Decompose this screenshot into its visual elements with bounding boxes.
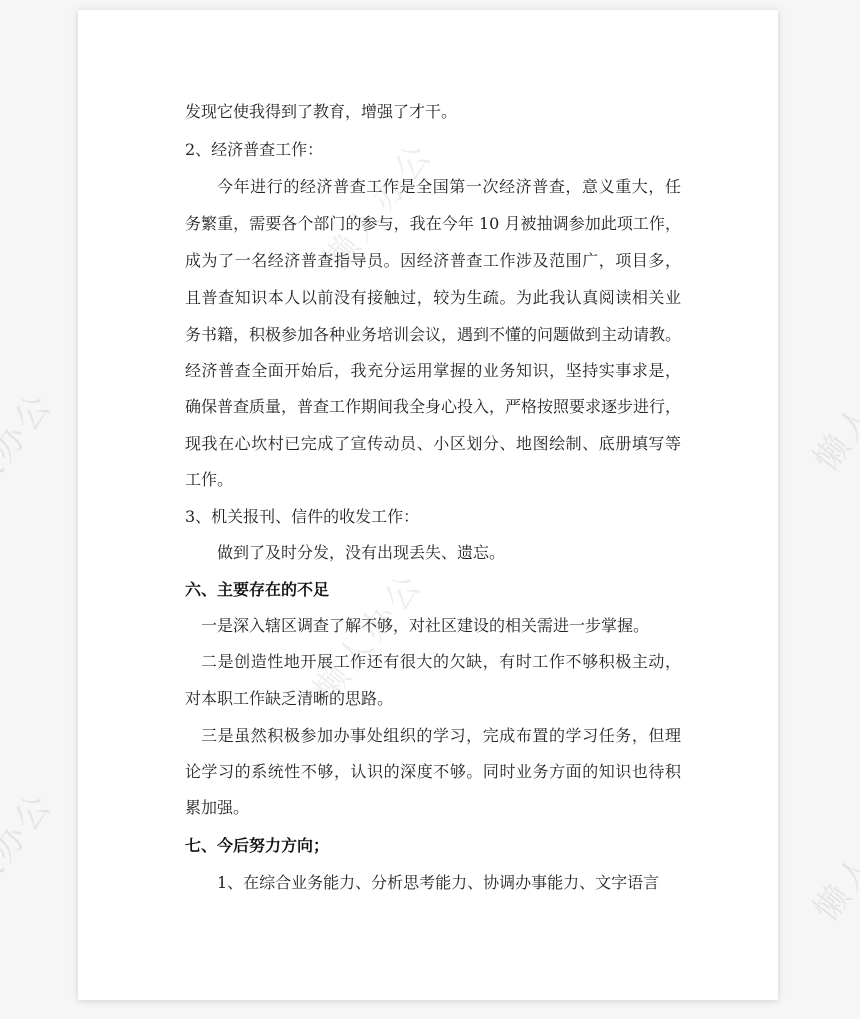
paragraph-line: 对本职工作缺乏清晰的思路。 bbox=[185, 687, 681, 711]
paragraph-line: 累加强。 bbox=[185, 796, 681, 820]
paragraph-line: 经济普查全面开始后，我充分运用掌握的业务知识，坚持实事求是， bbox=[185, 359, 681, 383]
paragraph-line: 论学习的系统性不够，认识的深度不够。同时业务方面的知识也待积 bbox=[185, 760, 681, 784]
paragraph-line: 二是创造性地开展工作还有很大的欠缺，有时工作不够积极主动， bbox=[201, 650, 681, 674]
paragraph-line: 成为了一名经济普查指导员。因经济普查工作涉及范围广，项目多， bbox=[185, 249, 681, 273]
paragraph-line: 今年进行的经济普查工作是全国第一次经济普查，意义重大，任 bbox=[217, 175, 681, 199]
paragraph-line: 1、在综合业务能力、分析思考能力、协调办事能力、文字语言 bbox=[217, 871, 681, 895]
watermark-text: 懒人办公 bbox=[800, 780, 860, 930]
section-heading: 六、主要存在的不足 bbox=[185, 578, 681, 602]
paragraph-line: 且普查知识本人以前没有接触过，较为生疏。为此我认真阅读相关业 bbox=[185, 286, 681, 310]
watermark-text: 懒人办公 bbox=[0, 380, 62, 530]
watermark-text: 懒人办公 bbox=[0, 780, 62, 930]
paragraph-line: 三是虽然积极参加办事处组织的学习，完成布置的学习任务，但理 bbox=[201, 724, 681, 748]
section-heading: 七、今后努力方向； bbox=[185, 834, 681, 858]
paragraph-line: 确保普查质量，普查工作期间我全身心投入，严格按照要求逐步进行， bbox=[185, 395, 681, 419]
section-item-title: 2、经济普查工作： bbox=[185, 138, 681, 162]
section-item-title: 3、机关报刊、信件的收发工作： bbox=[185, 505, 681, 529]
paragraph-line: 务书籍，积极参加各种业务培训会议，遇到不懂的问题做到主动请教。 bbox=[185, 323, 681, 347]
document-page: 发现它使我得到了教育，增强了才干。 2、经济普查工作： 今年进行的经济普查工作是… bbox=[78, 10, 778, 1000]
paragraph-line: 工作。 bbox=[185, 468, 681, 492]
paragraph-line: 发现它使我得到了教育，增强了才干。 bbox=[185, 100, 681, 124]
watermark-text: 懒人办公 bbox=[800, 330, 860, 480]
paragraph-line: 现我在心坎村已完成了宣传动员、小区划分、地图绘制、底册填写等 bbox=[185, 432, 681, 456]
paragraph-line: 做到了及时分发，没有出现丢失、遗忘。 bbox=[217, 541, 681, 565]
paragraph-line: 一是深入辖区调查了解不够，对社区建设的相关需进一步掌握。 bbox=[201, 614, 681, 638]
paragraph-line: 务繁重，需要各个部门的参与，我在今年 10 月被抽调参加此项工作， bbox=[185, 212, 681, 236]
